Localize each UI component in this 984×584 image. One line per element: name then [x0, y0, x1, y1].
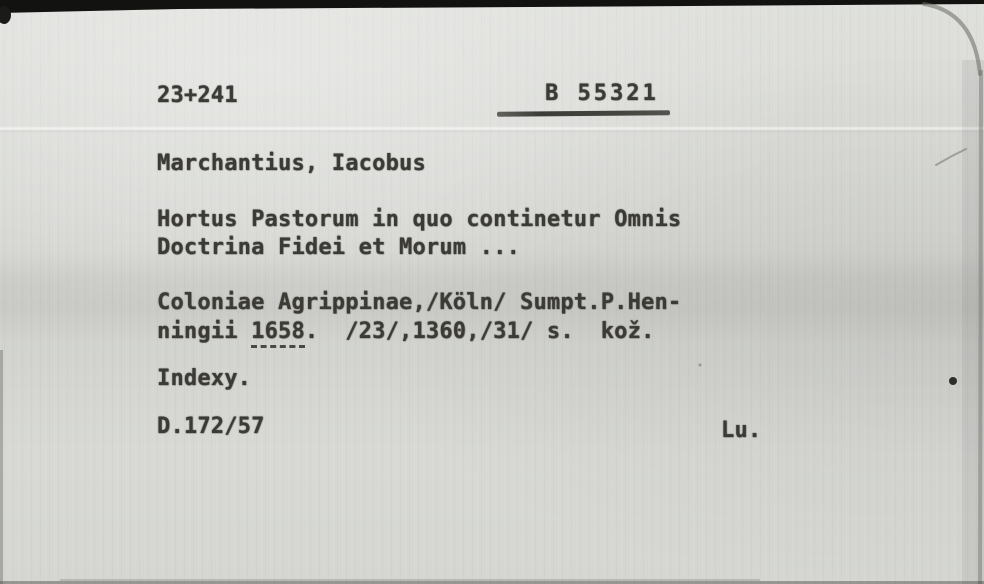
left-edge-shadow — [0, 350, 3, 584]
call-number: 23+241 — [157, 81, 238, 110]
imprint-post-year: . /23/,1360,/31/ s. kož. — [305, 319, 655, 344]
accession-number: D.172/57 — [157, 412, 265, 441]
bottom-edge-soft — [60, 579, 760, 581]
title-line-2: Doctrina Fidei et Morum ... — [157, 233, 520, 262]
shelfmark: B 55321 — [545, 79, 659, 108]
right-edge-band — [962, 60, 984, 584]
note-line: Indexy. — [157, 364, 251, 393]
cataloger-initials: Lu. — [721, 416, 761, 445]
right-edge-shadow — [980, 70, 981, 584]
publication-year: 1658 — [251, 319, 305, 348]
imprint-pre-year: ningii — [157, 319, 251, 344]
imprint-line-2: ningii 1658. /23/,1360,/31/ s. kož. — [157, 317, 654, 346]
title-line-1: Hortus Pastorum in quo continetur Omnis — [157, 205, 681, 234]
scratch-mark — [936, 149, 966, 165]
shelfmark-underline — [497, 110, 670, 117]
catalog-card-scan: 23+241 B 55321 Marchantius, Iacobus Hort… — [0, 0, 984, 584]
paper-crease — [0, 127, 984, 130]
imprint-line-1: Coloniae Agrippinae,/Köln/ Sumpt.P.Hen- — [157, 288, 681, 317]
card-corner-arc — [924, 4, 980, 74]
ink-speck — [949, 377, 957, 385]
scan-top-edge — [0, 0, 984, 13]
scan-top-left-notch — [0, 6, 11, 24]
dust-speck — [699, 364, 702, 367]
author-line: Marchantius, Iacobus — [157, 149, 426, 178]
